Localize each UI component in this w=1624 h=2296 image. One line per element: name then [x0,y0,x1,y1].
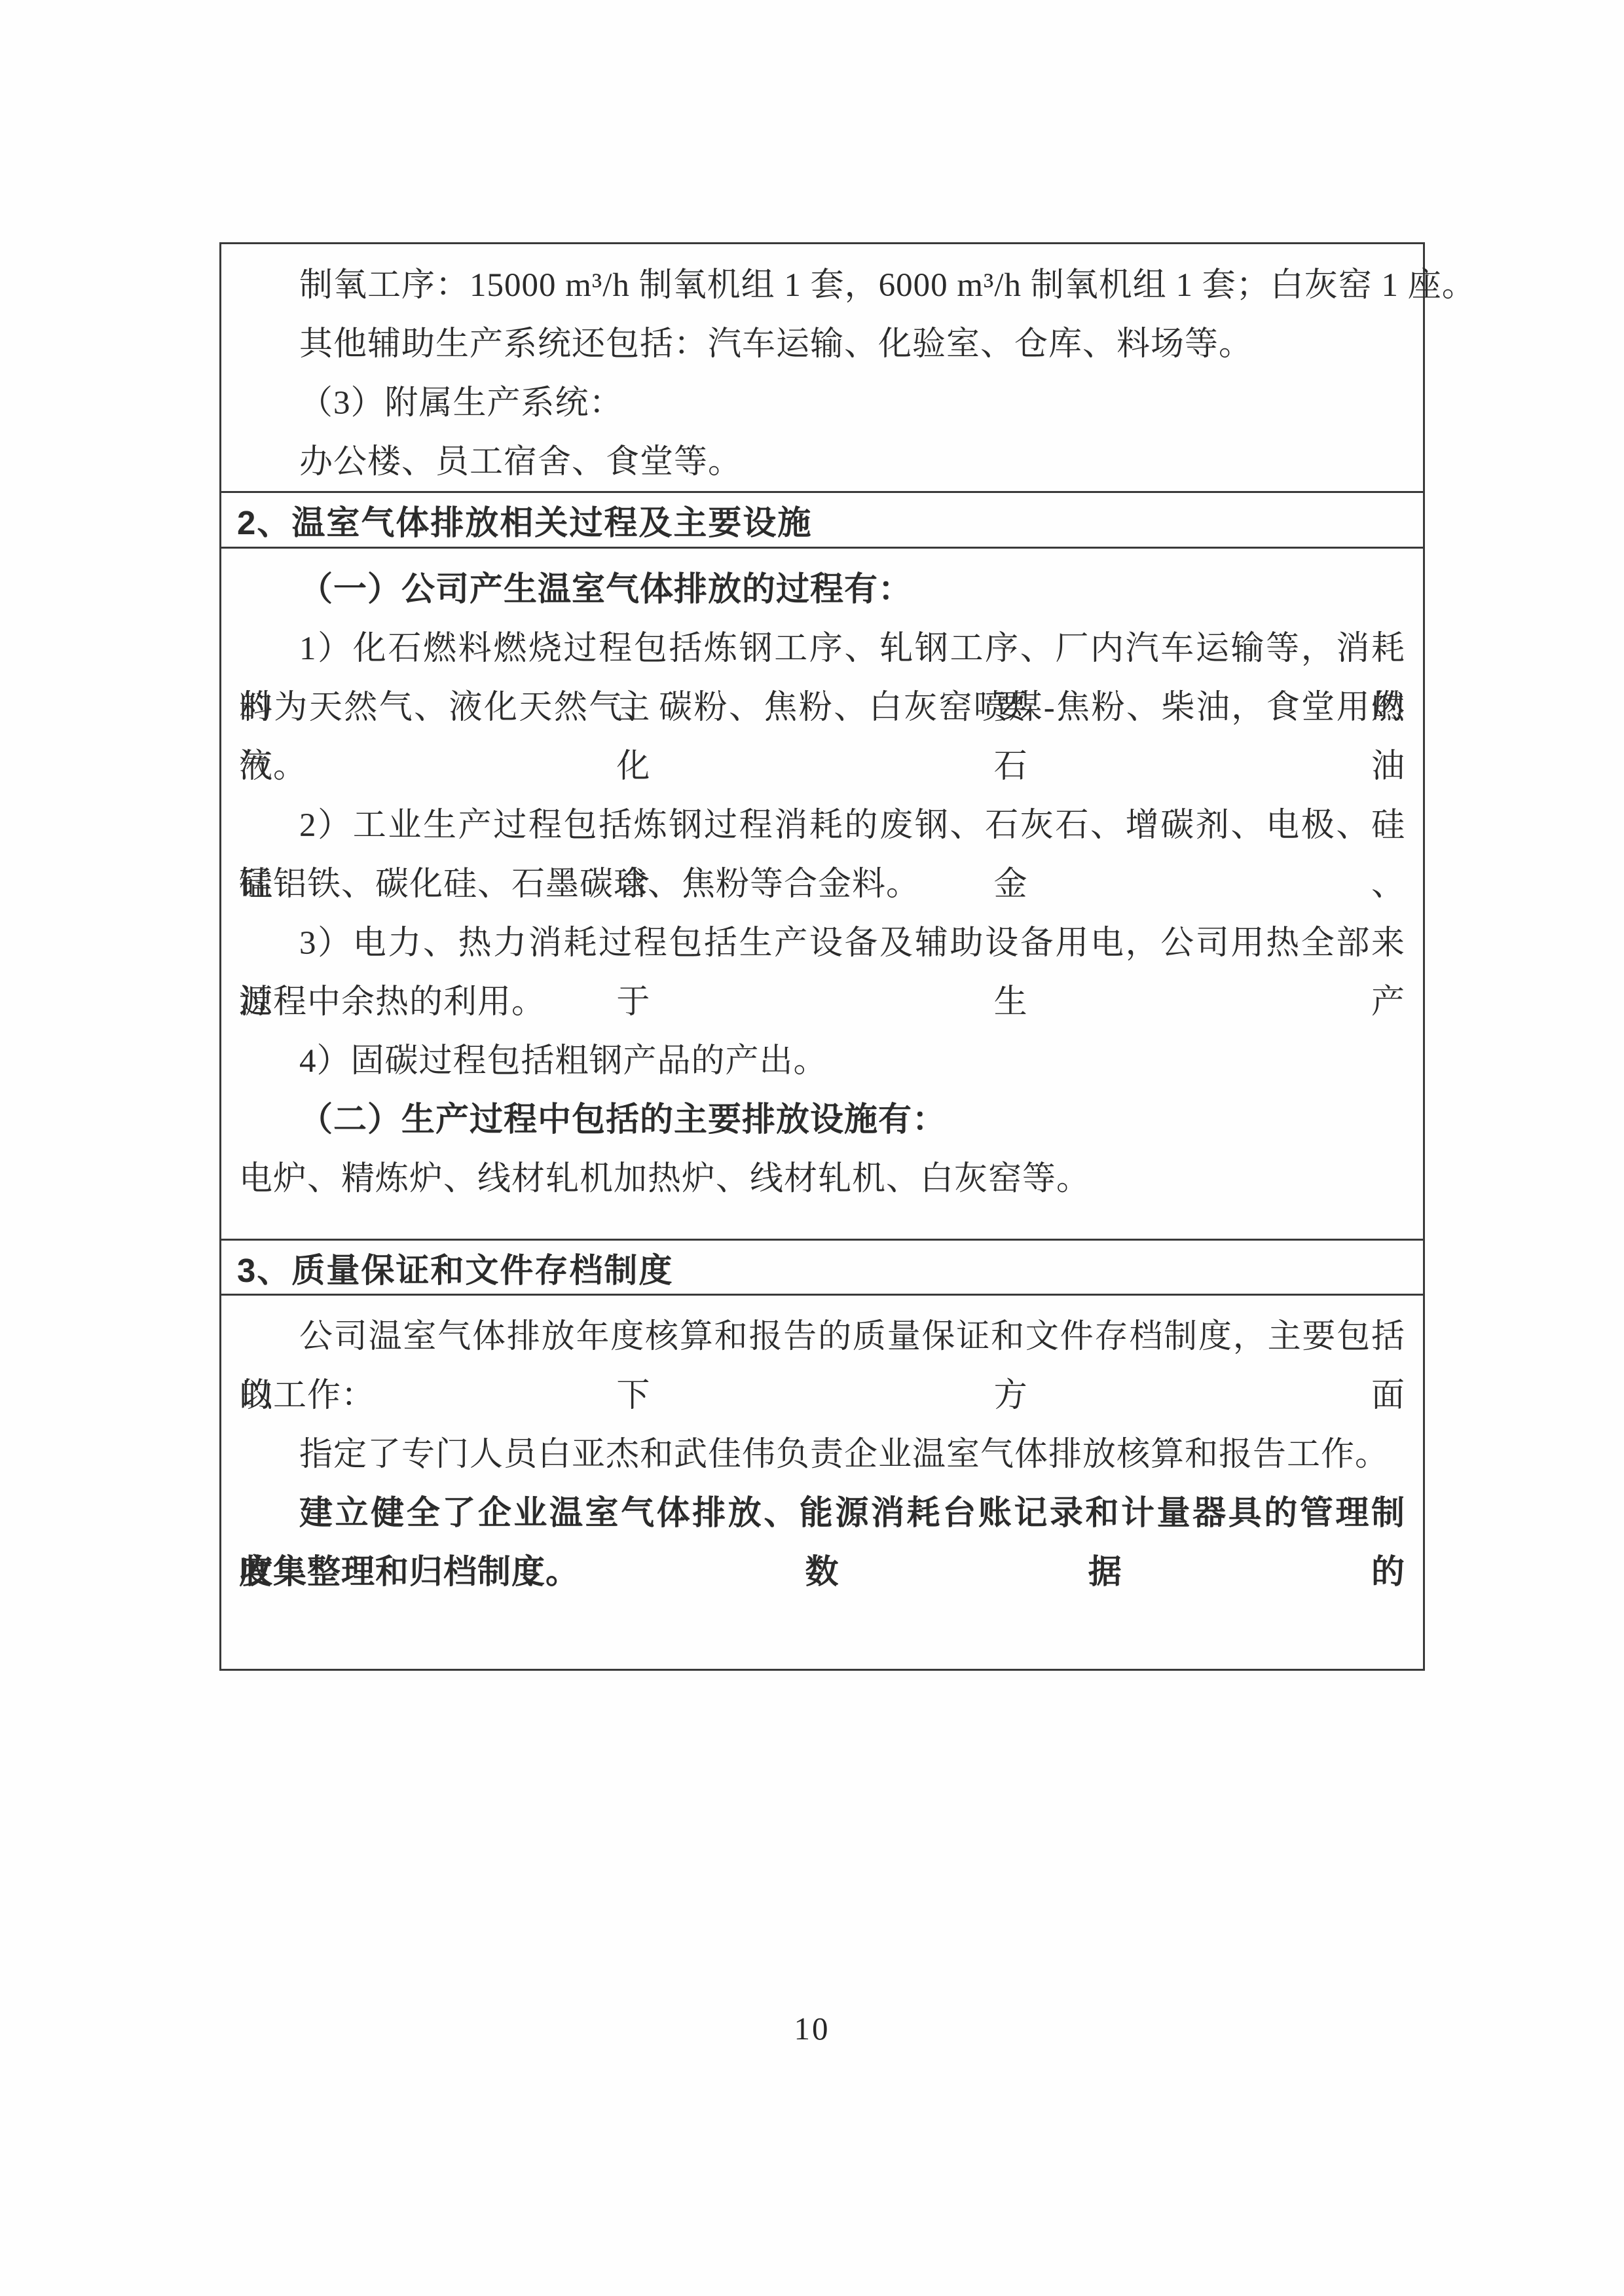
text-line: 制氧工序：15000 m³/h 制氧机组 1 套，6000 m³/h 制氧机组 … [239,256,1405,315]
section-2-header-row: 2、温室气体排放相关过程及主要设施 [221,491,1423,549]
text-line: 指定了专门人员白亚杰和武佳伟负责企业温室气体排放核算和报告工作。 [239,1425,1405,1484]
scanned-document-page: 制氧工序：15000 m³/h 制氧机组 1 套，6000 m³/h 制氧机组 … [0,0,1624,2296]
text-line: 4）固碳过程包括粗钢产品的产出。 [239,1032,1405,1091]
text-line: 办公楼、员工宿舍、食堂等。 [239,433,1405,492]
text-line: 3）电力、热力消耗过程包括生产设备及辅助设备用电，公司用热全部来源于生产 [239,914,1405,973]
section-3-header-row: 3、质量保证和文件存档制度 [221,1239,1423,1296]
text-line: （3）附属生产系统： [239,374,1405,433]
text-line: 其他辅助生产系统还包括：汽车运输、化验室、仓库、料场等。 [239,315,1405,374]
subheading-1: （一）公司产生温室气体排放的过程有： [239,560,1405,619]
quality-assurance-block: 公司温室气体排放年度核算和报告的质量保证和文件存档制度，主要包括以下方面 的工作… [221,1296,1423,1669]
page-number: 10 [0,2010,1624,2047]
text-line: 电炉、精炼炉、线材轧机加热炉、线材轧机、白灰窑等。 [239,1150,1405,1209]
subheading-2: （二）生产过程中包括的主要排放设施有： [239,1091,1405,1150]
emission-process-block: （一）公司产生温室气体排放的过程有： 1）化石燃料燃烧过程包括炼钢工序、轧钢工序… [221,549,1423,1239]
section-3-title: 3、质量保证和文件存档制度 [237,1243,673,1292]
section-2-title: 2、温室气体排放相关过程及主要设施 [237,496,812,544]
text-line: 建立健全了企业温室气体排放、能源消耗台账记录和计量器具的管理制度、数据的 [239,1484,1405,1543]
auxiliary-systems-block: 制氧工序：15000 m³/h 制氧机组 1 套，6000 m³/h 制氧机组 … [221,244,1423,491]
report-table: 制氧工序：15000 m³/h 制氧机组 1 套，6000 m³/h 制氧机组 … [219,242,1425,1671]
text-line: 2）工业生产过程包括炼钢过程消耗的废钢、石灰石、增碳剂、电极、硅锰合金、 [239,796,1405,855]
text-line: 公司温室气体排放年度核算和报告的质量保证和文件存档制度，主要包括以下方面 [239,1307,1405,1366]
text-line: 料为天然气、液化天然气、碳粉、焦粉、白灰窑喷煤-焦粉、柴油，食堂用的液化石油 [239,678,1405,737]
text-line: 1）化石燃料燃烧过程包括炼钢工序、轧钢工序、厂内汽车运输等，消耗的主要燃 [239,619,1405,678]
